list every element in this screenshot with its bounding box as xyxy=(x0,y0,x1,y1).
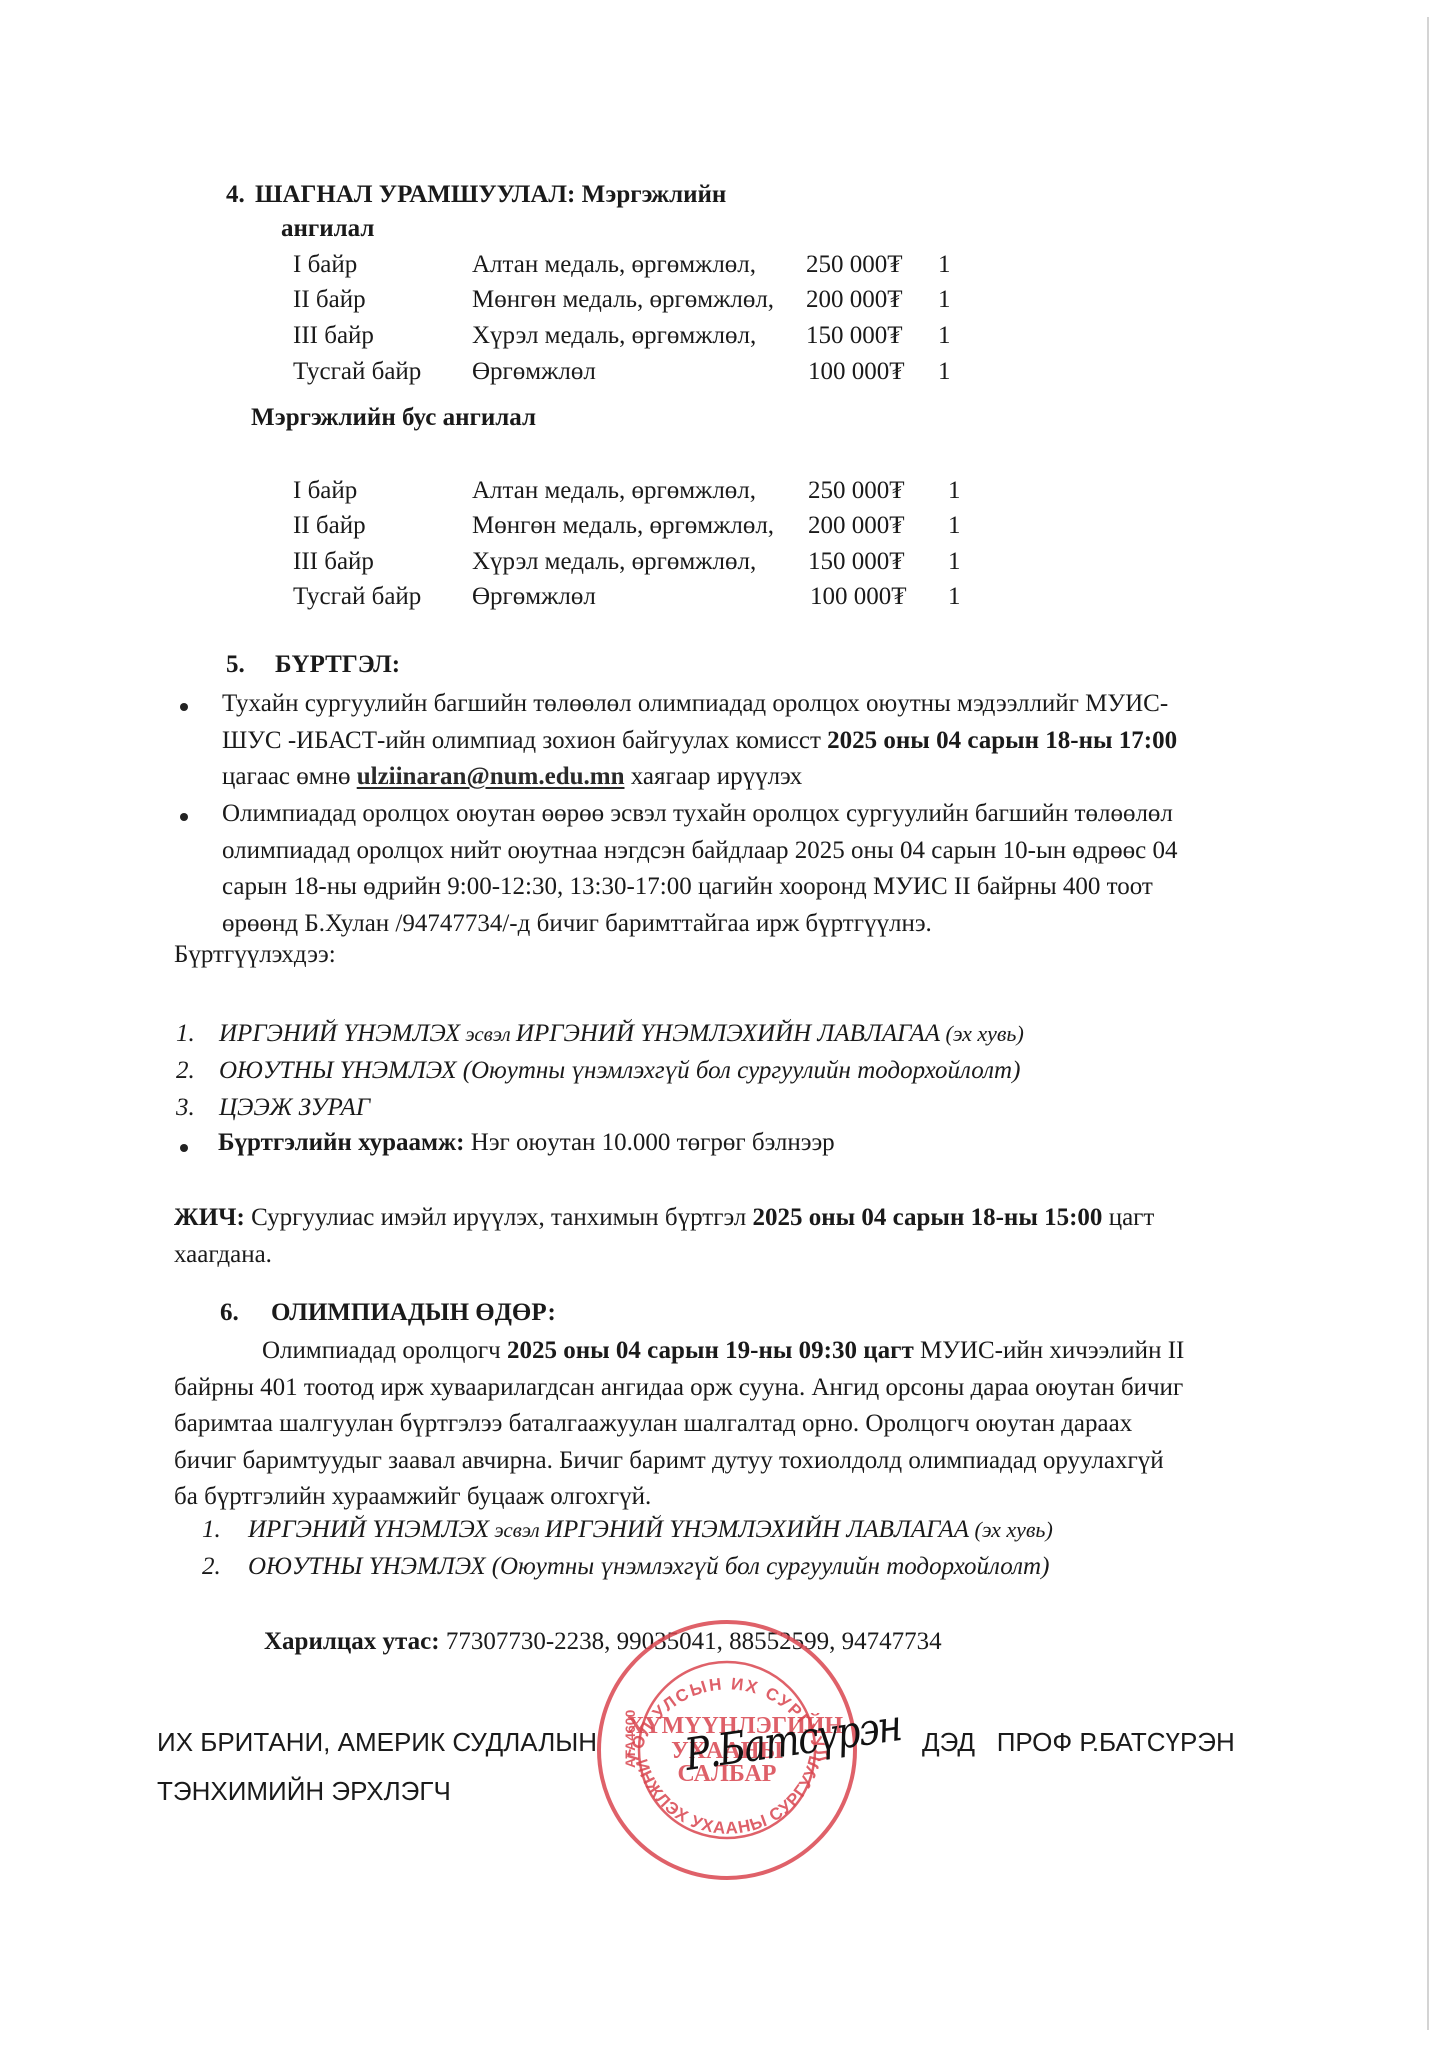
section4-heading-line2: ангилал xyxy=(281,215,374,243)
section-number: 5. xyxy=(226,651,245,678)
docs-list-item: 3. ЦЭЭЖ ЗУРАГ xyxy=(176,1093,195,1123)
text-span: (эх хувь) xyxy=(940,1021,1024,1046)
prize-award: Хүрэл медаль, өргөмжлөл, xyxy=(472,319,756,353)
prize-count: 1 xyxy=(948,580,961,614)
text-span: эсвэл xyxy=(489,1518,545,1542)
paragraph-line: сарын 18-ны өдрийн 9:00-12:30, 13:30-17:… xyxy=(222,869,1302,906)
docs-label: Бүртгүүлэхдээ: xyxy=(174,940,336,970)
paragraph-line: Олимпиадад оролцогч 2025 оны 04 сарын 19… xyxy=(174,1333,1260,1370)
prize-place: Тусгай байр xyxy=(293,355,421,389)
registration-bullet-1: Тухайн сургуулийн багшийн төлөөлөл олимп… xyxy=(222,686,1302,796)
paragraph-line: олимпиадад оролцох нийт оюутнаа нэгдсэн … xyxy=(222,833,1302,870)
section6-heading: 6. ОЛИМПИАДЫН ӨДӨР: xyxy=(220,1299,556,1327)
prize-amount: 250 000₮ xyxy=(806,248,903,282)
fee-label: Бүртгэлийн хураамж: xyxy=(218,1129,465,1156)
paragraph-line: бичиг баримтуудыг заавал авчирна. Бичиг … xyxy=(174,1443,1260,1480)
text-span: (Оюутны үнэмлэхгүй бол сургуулийн тодорх… xyxy=(456,1057,1020,1084)
list-number: 2. xyxy=(202,1553,221,1580)
paragraph-line: Олимпиадад оролцох оюутан өөрөө эсвэл ту… xyxy=(222,796,1302,833)
contact-label: Харилцах утас: xyxy=(264,1628,440,1655)
text-span: Сургуулиас имэйл ирүүлэх, танхимын бүртг… xyxy=(245,1204,753,1231)
prize-count: 1 xyxy=(938,355,951,389)
registration-fee: Бүртгэлийн хураамж: Нэг оюутан 10.000 тө… xyxy=(218,1128,835,1158)
list-text: ОЮУТНЫ ҮНЭМЛЭХ (Оюутны үнэмлэхгүй бол су… xyxy=(219,1056,1020,1086)
list-number: 3. xyxy=(176,1094,195,1121)
section-title: БҮРТГЭЛ: xyxy=(275,651,400,678)
signatory-title-line1: ИХ БРИТАНИ, АМЕРИК СУДЛАЛЫН xyxy=(157,1726,597,1758)
prize-count: 1 xyxy=(938,283,951,317)
day-docs-list-item: 2. ОЮУТНЫ ҮНЭМЛЭХ (Оюутны үнэмлэхгүй бол… xyxy=(202,1552,221,1582)
prize-amount: 200 000₮ xyxy=(808,509,905,543)
section-number: 4. xyxy=(226,181,245,208)
prize-amount: 250 000₮ xyxy=(808,474,905,508)
note-deadline: 2025 оны 04 сарын 18-ны 15:00 xyxy=(752,1204,1102,1231)
note: ЖИЧ: Сургуулиас имэйл ирүүлэх, танхимын … xyxy=(174,1203,1260,1270)
text-span: цагаас өмнө xyxy=(222,763,357,790)
text-span: ИРГЭНИЙ ҮНЭМЛЭХИЙН ЛАВЛАГАА xyxy=(516,1020,940,1047)
prize-award: Өргөмжлөл xyxy=(472,355,596,389)
prize-place: I байр xyxy=(293,474,357,508)
paragraph-line: ШУС -ИБАСТ-ийн олимпиад зохион байгуулах… xyxy=(222,723,1302,760)
paragraph-line: ба бүртгэлийн хураамжийг буцааж олгохгүй… xyxy=(174,1479,1260,1516)
prize-amount: 200 000₮ xyxy=(806,283,903,317)
text-span: ОЮУТНЫ ҮНЭМЛЭХ xyxy=(219,1057,456,1084)
list-number: 1. xyxy=(176,1020,195,1047)
text-span: (эх хувь) xyxy=(969,1517,1053,1542)
bullet-icon xyxy=(180,1144,188,1152)
list-text: ИРГЭНИЙ ҮНЭМЛЭХ эсвэл ИРГЭНИЙ ҮНЭМЛЭХИЙН… xyxy=(248,1515,1053,1545)
section4-heading: 4. ШАГНАЛ УРАМШУУЛАЛ: Мэргэжлийн xyxy=(226,181,726,209)
text-span: (Оюутны үнэмлэхгүй бол сургуулийн тодорх… xyxy=(485,1553,1049,1580)
day-docs-list-item: 1. ИРГЭНИЙ ҮНЭМЛЭХ эсвэл ИРГЭНИЙ ҮНЭМЛЭХ… xyxy=(202,1515,221,1545)
prize-place: III байр xyxy=(293,545,374,579)
text-span: Олимпиадад оролцогч xyxy=(262,1337,507,1364)
prize-place: II байр xyxy=(293,509,366,543)
text-span: ИРГЭНИЙ ҮНЭМЛЭХИЙН ЛАВЛАГАА xyxy=(545,1516,969,1543)
prize-amount: 150 000₮ xyxy=(806,319,903,353)
prize-place: II байр xyxy=(293,283,366,317)
prize-count: 1 xyxy=(948,509,961,543)
text-span: ШУС -ИБАСТ-ийн олимпиад зохион байгуулах… xyxy=(222,727,827,754)
email-link[interactable]: ulziinaran@num.edu.mn xyxy=(357,763,625,790)
paragraph-line: байрны 401 тоотод ирж хуваарилагдсан анг… xyxy=(174,1370,1260,1407)
bullet-icon xyxy=(180,703,188,711)
prize-place: III байр xyxy=(293,319,374,353)
note-line: хаагдана. xyxy=(174,1240,1260,1270)
prize-award: Өргөмжлөл xyxy=(472,580,596,614)
list-number: 1. xyxy=(202,1516,221,1543)
paragraph-line: Тухайн сургуулийн багшийн төлөөлөл олимп… xyxy=(222,686,1302,723)
text-span: МУИС-ийн хичээлийн II xyxy=(914,1337,1185,1364)
prize-amount: 150 000₮ xyxy=(808,545,905,579)
prize-place: I байр xyxy=(293,248,357,282)
paragraph-line: цагаас өмнө ulziinaran@num.edu.mn хаягаа… xyxy=(222,759,1302,796)
prize-award: Мөнгөн медаль, өргөмжлөл, xyxy=(472,509,774,543)
note-text: ЖИЧ: Сургуулиас имэйл ирүүлэх, танхимын … xyxy=(174,1203,1154,1233)
docs-list-item: 2. ОЮУТНЫ ҮНЭМЛЭХ (Оюутны үнэмлэхгүй бол… xyxy=(176,1056,195,1086)
text-span: цагт xyxy=(1102,1204,1154,1231)
section-subtitle: Мэргэжлийн xyxy=(582,181,727,208)
prize-amount: 100 000₮ xyxy=(810,580,907,614)
note-label: ЖИЧ: xyxy=(174,1204,245,1231)
list-text: ОЮУТНЫ ҮНЭМЛЭХ (Оюутны үнэмлэхгүй бол су… xyxy=(248,1552,1049,1582)
signatory-name: ДЭД ПРОФ Р.БАТСҮРЭН xyxy=(922,1726,1235,1758)
text-span: ИРГЭНИЙ ҮНЭМЛЭХ xyxy=(219,1020,460,1047)
prize-award: Хүрэл медаль, өргөмжлөл, xyxy=(472,545,756,579)
text-span: хаягаар ирүүлэх xyxy=(624,763,802,790)
prize-amount: 100 000₮ xyxy=(808,355,905,389)
section-title: ОЛИМПИАДЫН ӨДӨР: xyxy=(271,1299,556,1326)
prize-place: Тусгай байр xyxy=(293,580,421,614)
registration-bullet-2: Олимпиадад оролцох оюутан өөрөө эсвэл ту… xyxy=(222,796,1302,942)
section-title: ШАГНАЛ УРАМШУУЛАЛ: xyxy=(255,181,575,208)
section-number: 6. xyxy=(220,1299,239,1326)
olympiad-day-paragraph: Олимпиадад оролцогч 2025 оны 04 сарын 19… xyxy=(174,1333,1260,1516)
docs-list-item: 1. ИРГЭНИЙ ҮНЭМЛЭХ эсвэл ИРГЭНИЙ ҮНЭМЛЭХ… xyxy=(176,1019,195,1049)
olympiad-datetime: 2025 оны 04 сарын 19-ны 09:30 цагт xyxy=(507,1337,914,1364)
section5-heading: 5. БҮРТГЭЛ: xyxy=(226,651,400,679)
prize-award: Алтан медаль, өргөмжлөл, xyxy=(472,248,756,282)
text-span: эсвэл xyxy=(460,1022,516,1046)
prize-count: 1 xyxy=(948,545,961,579)
text-span: ИРГЭНИЙ ҮНЭМЛЭХ xyxy=(248,1516,489,1543)
signatory-title-line2: ТЭНХИМИЙН ЭРХЛЭГЧ xyxy=(157,1775,451,1807)
text-span: ОЮУТНЫ ҮНЭМЛЭХ xyxy=(248,1553,485,1580)
prize-award: Мөнгөн медаль, өргөмжлөл, xyxy=(472,283,774,317)
fee-value: Нэг оюутан 10.000 төгрөг бэлнээр xyxy=(465,1129,835,1156)
nonprofessional-title: Мэргэжлийн бус ангилал xyxy=(251,404,536,432)
list-number: 2. xyxy=(176,1057,195,1084)
prize-count: 1 xyxy=(938,319,951,353)
list-text: ИРГЭНИЙ ҮНЭМЛЭХ эсвэл ИРГЭНИЙ ҮНЭМЛЭХИЙН… xyxy=(219,1019,1024,1049)
paragraph-line: баримтаа шалгуулан бүртгэлээ баталгаажуу… xyxy=(174,1406,1260,1443)
deadline-bold: 2025 оны 04 сарын 18-ны 17:00 xyxy=(827,727,1177,754)
bullet-icon xyxy=(180,813,188,821)
scan-edge-line xyxy=(1427,17,1429,2030)
prize-award: Алтан медаль, өргөмжлөл, xyxy=(472,474,756,508)
note-line: ЖИЧ: Сургуулиас имэйл ирүүлэх, танхимын … xyxy=(174,1203,1260,1233)
paragraph-line: өрөөнд Б.Хулан /94747734/-д бичиг баримт… xyxy=(222,906,1302,943)
prize-count: 1 xyxy=(938,248,951,282)
prize-count: 1 xyxy=(948,474,961,508)
list-text: ЦЭЭЖ ЗУРАГ xyxy=(219,1093,370,1123)
